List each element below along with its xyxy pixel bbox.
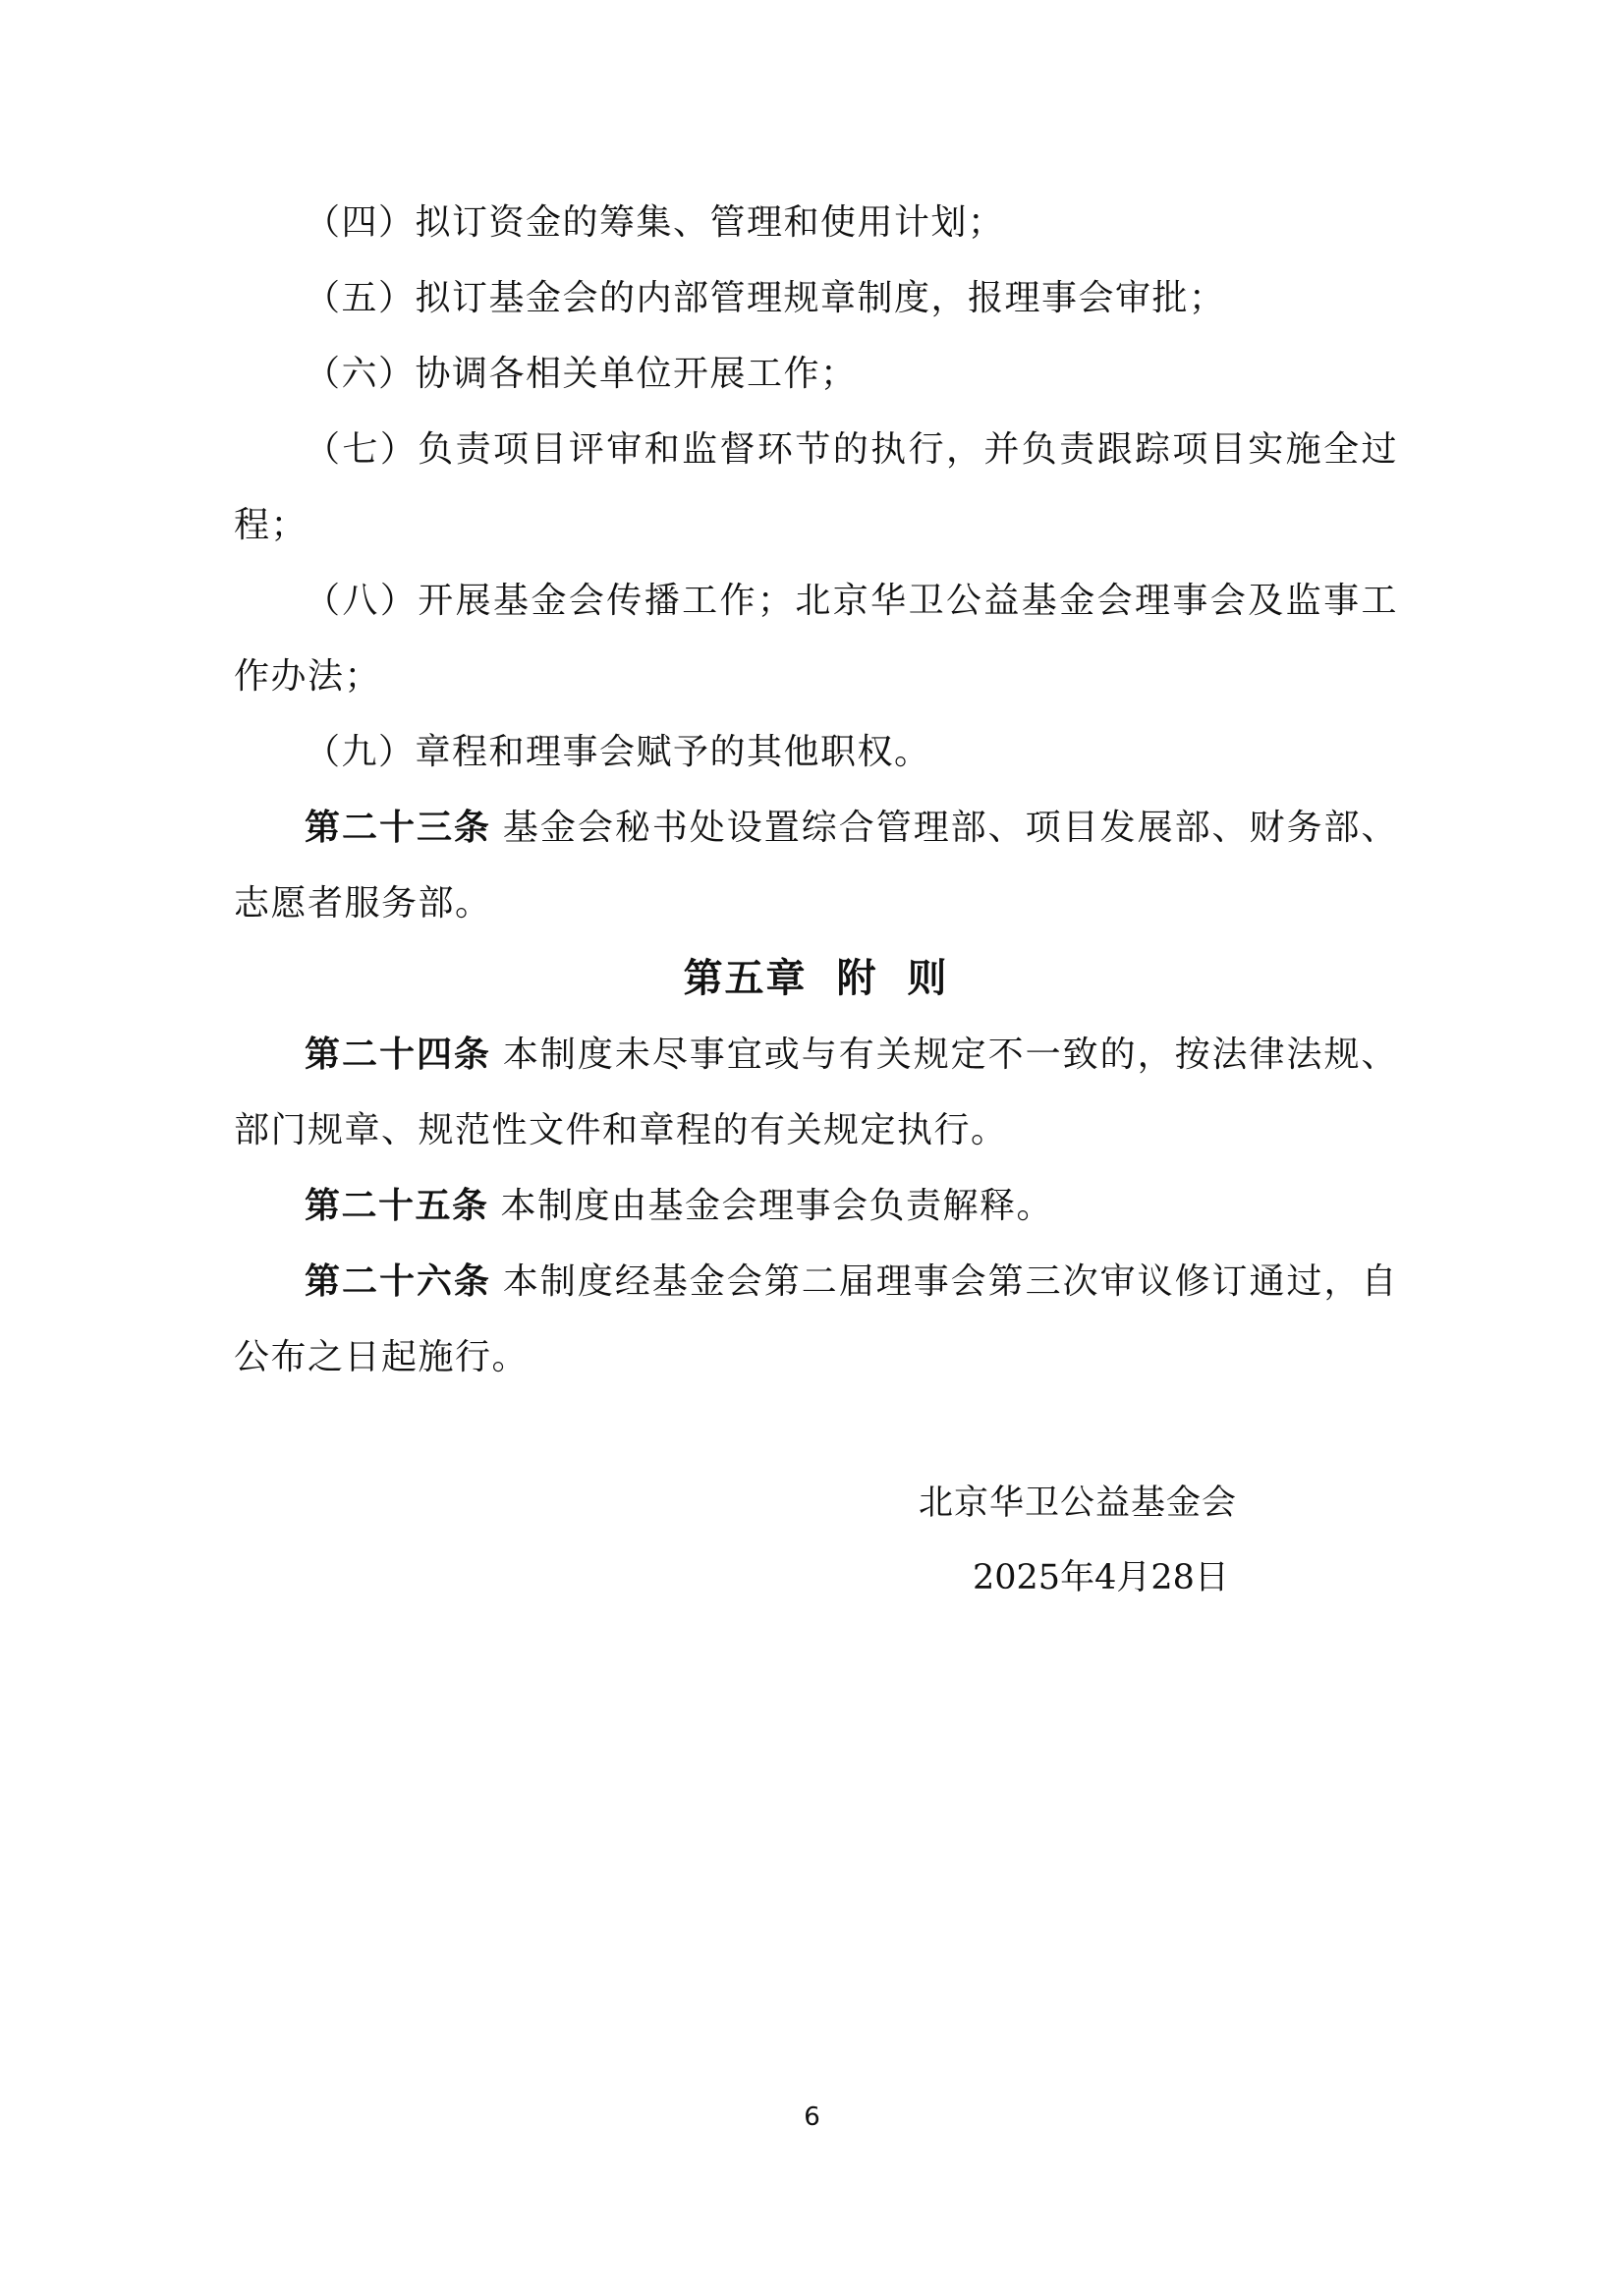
document-page: （四）拟订资金的筹集、管理和使用计划； （五）拟订基金会的内部管理规章制度，报理… (0, 0, 1624, 2296)
signature-organization: 北京华卫公益基金会 (904, 1466, 1316, 1540)
article-23: 第二十三条基金会秘书处设置综合管理部、项目发展部、财务部、志愿者服务部。 (234, 790, 1398, 941)
list-item-7: （七）负责项目评审和监督环节的执行，并负责跟踪项目实施全过程； (234, 412, 1398, 563)
list-item-6: （六）协调各相关单位开展工作； (234, 336, 1398, 412)
article-24: 第二十四条本制度未尽事宜或与有关规定不一致的，按法律法规、部门规章、规范性文件和… (234, 1017, 1398, 1168)
document-body: （四）拟订资金的筹集、管理和使用计划； （五）拟订基金会的内部管理规章制度，报理… (234, 185, 1398, 1395)
article-number: 第二十五条 (305, 1186, 489, 1226)
list-item-9: （九）章程和理事会赋予的其他职权。 (234, 714, 1398, 790)
article-number: 第二十三条 (305, 808, 491, 848)
article-number: 第二十六条 (305, 1261, 491, 1302)
article-text: 本制度由基金会理事会负责解释。 (501, 1186, 1054, 1226)
list-item-8: （八）开展基金会传播工作；北京华卫公益基金会理事会及监事工作办法； (234, 563, 1398, 714)
article-26: 第二十六条本制度经基金会第二届理事会第三次审议修订通过，自公布之日起施行。 (234, 1244, 1398, 1395)
article-number: 第二十四条 (305, 1035, 491, 1075)
article-25: 第二十五条本制度由基金会理事会负责解释。 (234, 1168, 1398, 1244)
list-item-5: （五）拟订基金会的内部管理规章制度，报理事会审批； (234, 260, 1398, 336)
signature-date: 2025年4月28日 (904, 1540, 1316, 1615)
chapter-title: 第五章 附 则 (234, 941, 1398, 1017)
page-number: 6 (0, 2102, 1624, 2132)
signature-block: 北京华卫公益基金会 2025年4月28日 (904, 1466, 1316, 1615)
list-item-4: （四）拟订资金的筹集、管理和使用计划； (234, 185, 1398, 260)
